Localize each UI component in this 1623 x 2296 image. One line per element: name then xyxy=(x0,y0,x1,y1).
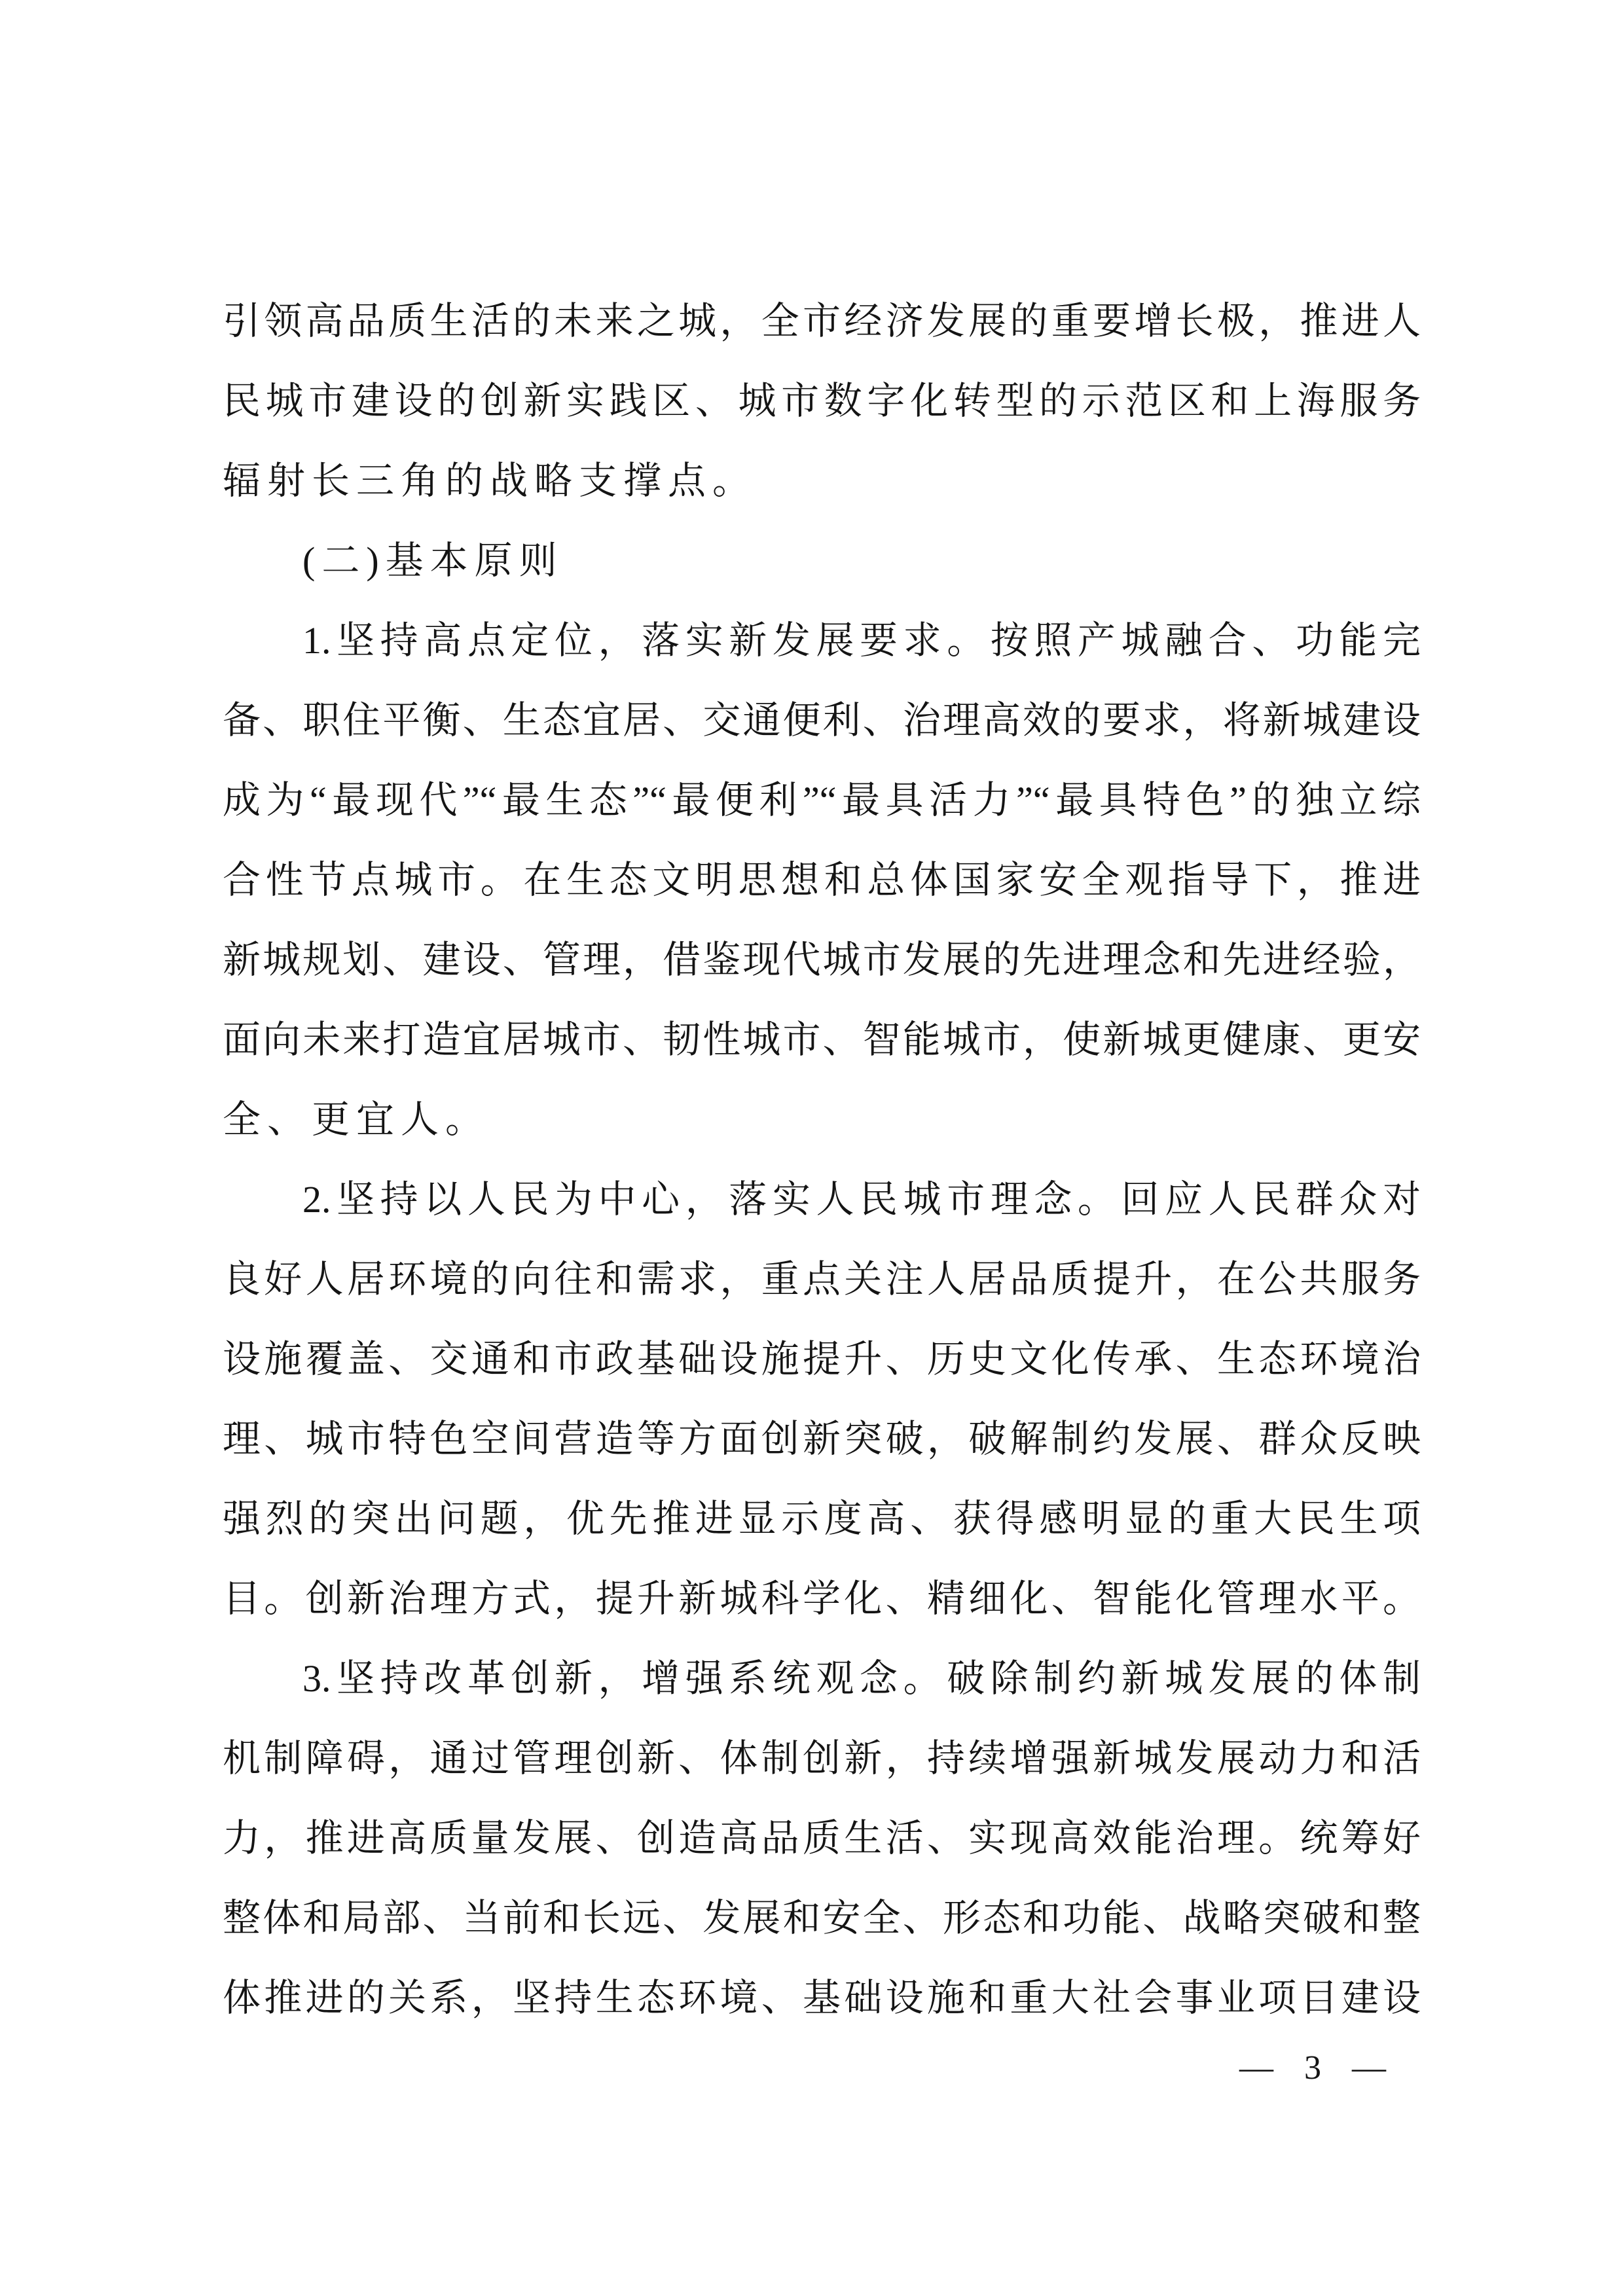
text-line: 备、职住平衡、生态宜居、交通便利、治理高效的要求，将新城建设 xyxy=(223,681,1421,761)
text-line: 强烈的突出问题，优先推进显示度高、获得感明显的重大民生项 xyxy=(223,1479,1421,1559)
section-heading: (二)基本原则 xyxy=(223,521,1421,601)
text-line: 引领高品质生活的未来之城，全市经济发展的重要增长极，推进人 xyxy=(223,281,1421,361)
text-line: 目。创新治理方式，提升新城科学化、精细化、智能化管理水平。 xyxy=(223,1559,1421,1639)
text-line: 1.坚持高点定位，落实新发展要求。按照产城融合、功能完 xyxy=(223,601,1421,681)
scanned-document-page: 引领高品质生活的未来之城，全市经济发展的重要增长极，推进人 民城市建设的创新实践… xyxy=(0,0,1623,2296)
text-line: 理、城市特色空间营造等方面创新突破，破解制约发展、群众反映 xyxy=(223,1399,1421,1479)
text-line: 全、更宜人。 xyxy=(223,1080,1421,1160)
text-line: 面向未来打造宜居城市、韧性城市、智能城市，使新城更健康、更安 xyxy=(223,1000,1421,1080)
text-line: 新城规划、建设、管理，借鉴现代城市发展的先进理念和先进经验， xyxy=(223,920,1421,1000)
text-line: 良好人居环境的向往和需求，重点关注人居品质提升，在公共服务 xyxy=(223,1240,1421,1319)
text-line: 设施覆盖、交通和市政基础设施提升、历史文化传承、生态环境治 xyxy=(223,1319,1421,1399)
text-line: 成为“最现代”“最生态”“最便利”“最具活力”“最具特色”的独立综 xyxy=(223,761,1421,840)
text-line: 力，推进高质量发展、创造高品质生活、实现高效能治理。统筹好 xyxy=(223,1799,1421,1878)
text-line: 民城市建设的创新实践区、城市数字化转型的示范区和上海服务 xyxy=(223,361,1421,441)
text-line: 3.坚持改革创新，增强系统观念。破除制约新城发展的体制 xyxy=(223,1639,1421,1719)
text-line: 合性节点城市。在生态文明思想和总体国家安全观指导下，推进 xyxy=(223,840,1421,920)
text-line: 2.坚持以人民为中心，落实人民城市理念。回应人民群众对 xyxy=(223,1160,1421,1240)
text-line: 体推进的关系，坚持生态环境、基础设施和重大社会事业项目建设 xyxy=(223,1958,1421,2038)
page-number: — 3 — xyxy=(1239,2049,1393,2088)
text-line: 辐射长三角的战略支撑点。 xyxy=(223,441,1421,521)
document-text-block: 引领高品质生活的未来之城，全市经济发展的重要增长极，推进人 民城市建设的创新实践… xyxy=(223,281,1421,2038)
text-line: 机制障碍，通过管理创新、体制创新，持续增强新城发展动力和活 xyxy=(223,1719,1421,1799)
text-line: 整体和局部、当前和长远、发展和安全、形态和功能、战略突破和整 xyxy=(223,1878,1421,1958)
